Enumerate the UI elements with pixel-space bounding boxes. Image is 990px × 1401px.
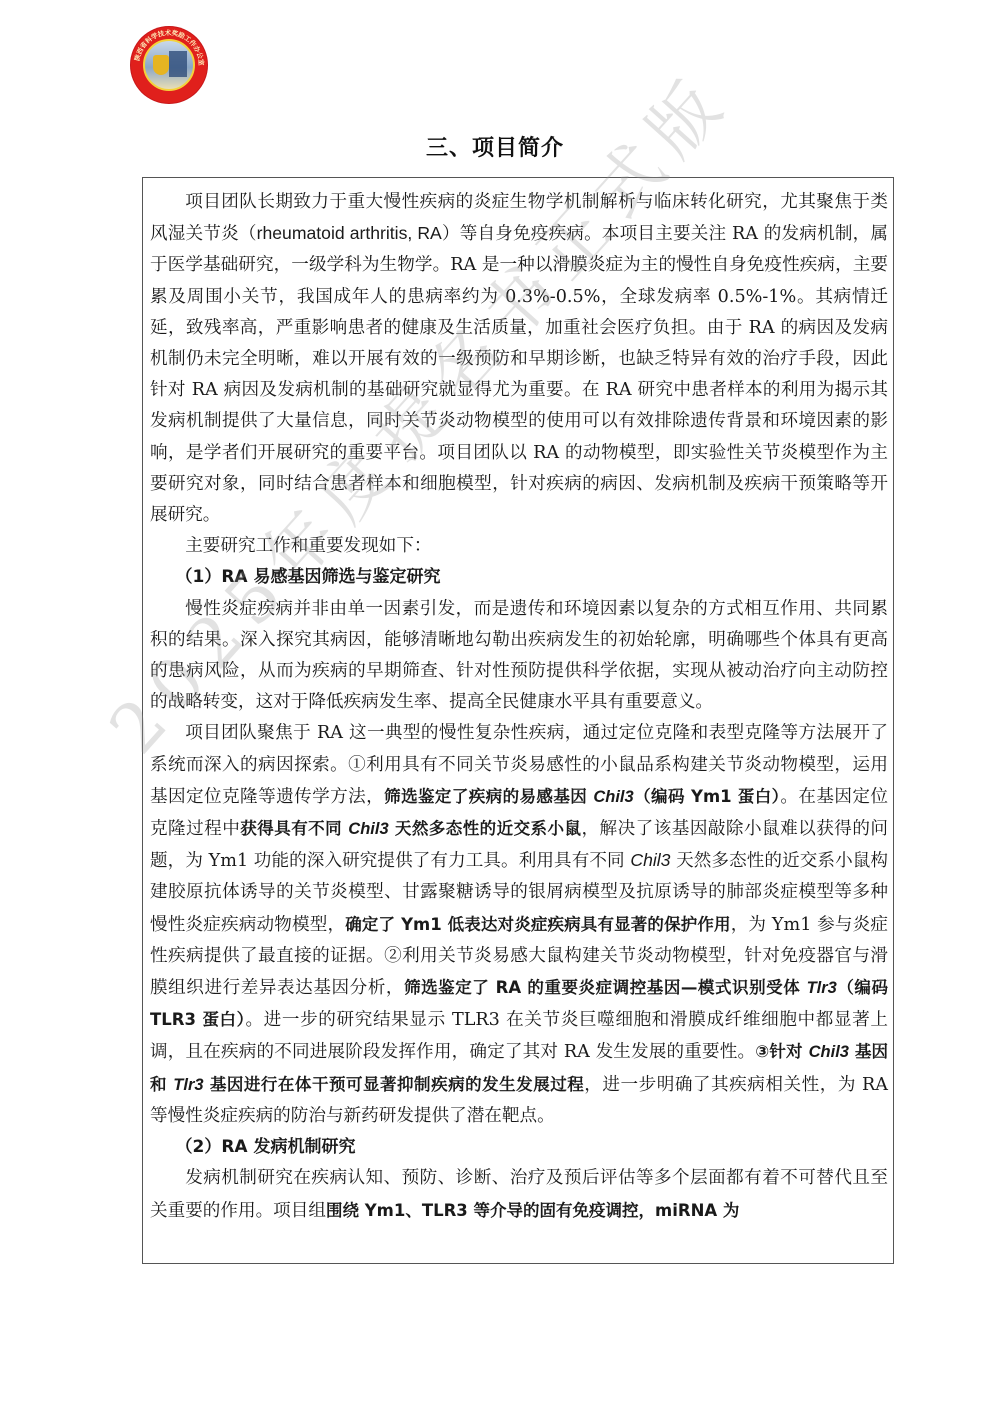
bold-run: 围绕 Ym1、TLR3 等介导的固有免疫调控，miRNA 为 [326, 1201, 739, 1220]
text-run: ）等自身免疫疾病。本项目主要关注 RA 的发病机制，属于医学基础研究，一级学科为… [150, 224, 888, 525]
gene-name: Chil3 [630, 850, 670, 870]
intro-paragraph-1: 项目团队长期致力于重大慢性疾病的炎症生物学机制解析与临床转化研究，尤其聚焦于类风… [150, 187, 888, 531]
text-run: 基因进行在体干预可显著抑制疾病的发生发展过程 [204, 1075, 585, 1094]
bold-run: 获得具有不同 Chil3 天然多态性的近交系小鼠 [240, 819, 581, 838]
bold-run: 筛选鉴定了疾病的易感基因 Chil3（编码 Ym1 蛋白） [384, 787, 780, 806]
trophy-icon [153, 55, 169, 75]
gene-name: Chil3 [593, 788, 633, 806]
text-run: 天然多态性的近交系小鼠 [389, 819, 582, 838]
text-run: （编码 Ym1 蛋白） [634, 787, 781, 806]
intro-paragraph-2: 主要研究工作和重要发现如下： [150, 531, 888, 562]
term-rheumatoid-arthritis: rheumatoid arthritis, RA [257, 223, 442, 243]
gene-name: Chil3 [348, 820, 388, 838]
section-2-paragraph-1: 发病机制研究在疾病认知、预防、诊断、治疗及预后评估等多个层面都有着不可替代且至关… [150, 1163, 888, 1226]
building-icon [169, 51, 187, 77]
text-run: 筛选鉴定了疾病的易感基因 [384, 787, 593, 806]
gene-name: Tlr3 [173, 1076, 203, 1094]
page-title: 三、项目简介 [0, 131, 990, 162]
seal-emblem [143, 39, 195, 91]
section-2-heading: （2）RA 发病机制研究 [150, 1132, 888, 1163]
section-1-heading: （1）RA 易感基因筛选与鉴定研究 [150, 562, 888, 593]
gene-name: Tlr3 [807, 979, 837, 997]
office-seal-logo: 陕西省科学技术奖励工作办公室 [131, 27, 207, 103]
section-1-paragraph-1: 慢性炎症疾病并非由单一因素引发，而是遗传和环境因素以复杂的方式相互作用、共同累积… [150, 594, 888, 719]
text-run: 获得具有不同 [240, 819, 348, 838]
text-run: 筛选鉴定了 RA 的重要炎症调控基因—模式识别受体 [404, 978, 807, 997]
section-1-paragraph-2: 项目团队聚焦于 RA 这一典型的慢性复杂性疾病，通过定位克隆和表型克隆等方法展开… [150, 718, 888, 1132]
project-summary-body: 项目团队长期致力于重大慢性疾病的炎症生物学机制解析与临床转化研究，尤其聚焦于类风… [150, 187, 888, 1227]
gene-name: Chil3 [809, 1043, 849, 1061]
bold-run: 确定了 Ym1 低表达对炎症疾病具有显著的保护作用 [345, 915, 730, 934]
text-run: ③针对 [755, 1042, 808, 1061]
